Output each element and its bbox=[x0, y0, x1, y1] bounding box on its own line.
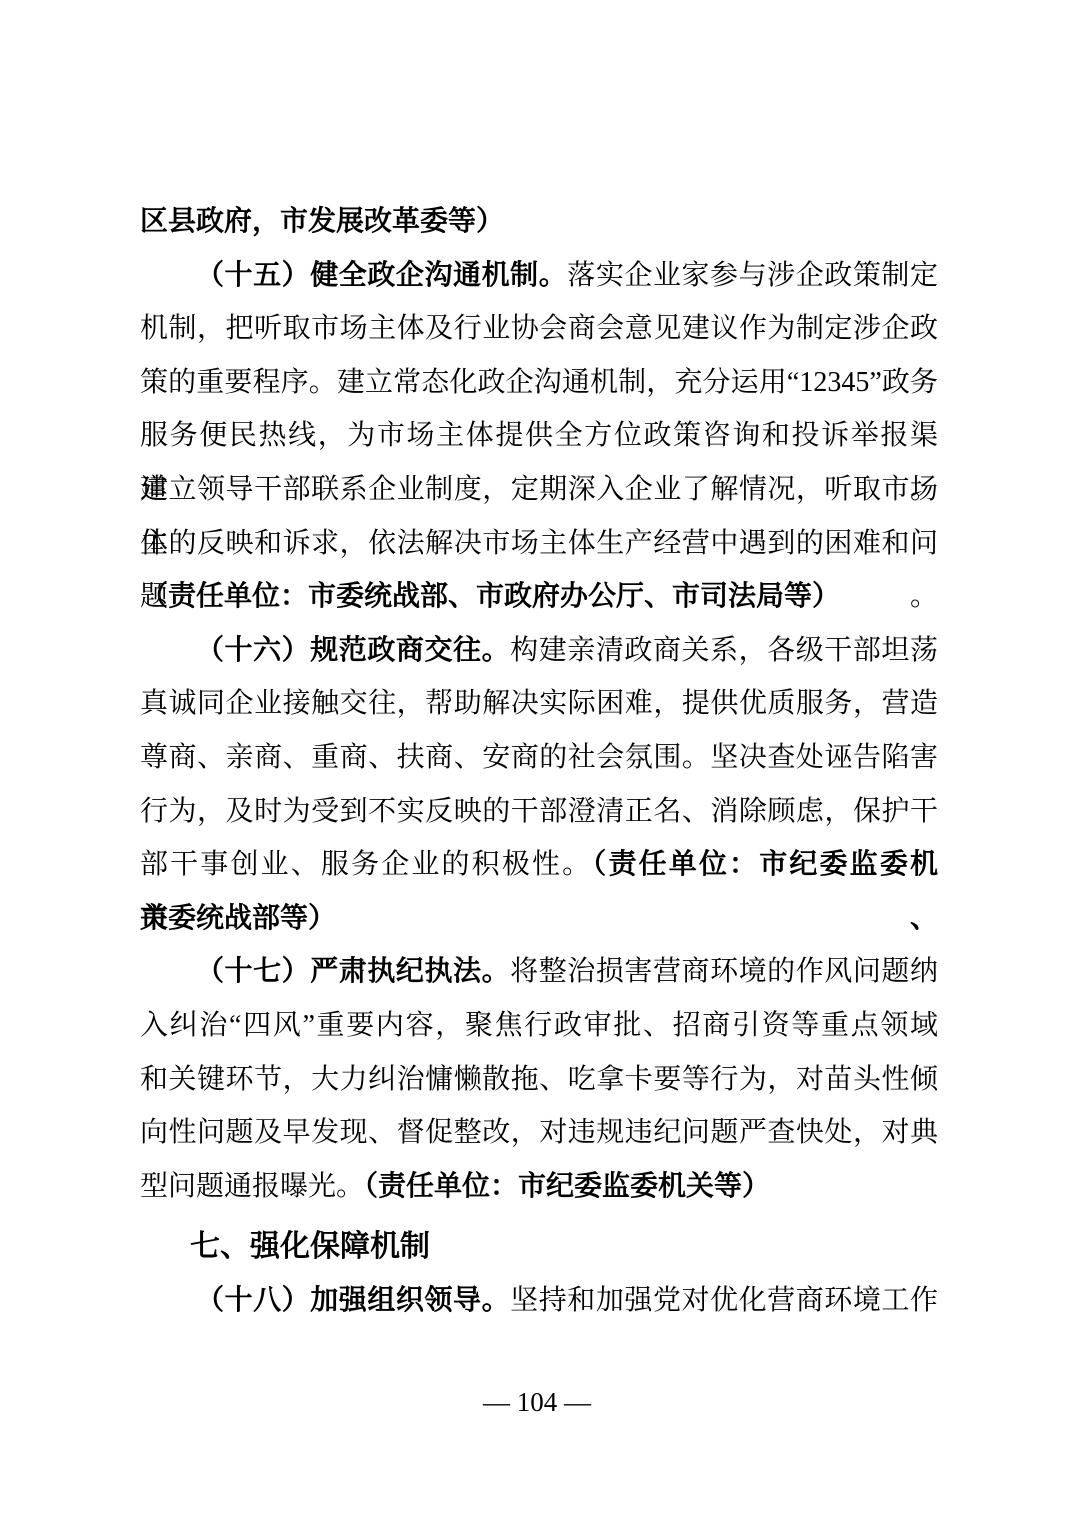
text-run: （责任单位：市委统战部、市政府办公厅、市司法局等） bbox=[140, 581, 840, 612]
document-line: 型问题通报曝光。（责任单位：市纪委监委机关等） bbox=[140, 1160, 938, 1214]
text-run: （责任单位：市纪委监委机关等） bbox=[364, 1171, 770, 1202]
text-run: 和关键环节，大力纠治慵懒散拖、吃拿卡要等行为，对苗头性倾 bbox=[140, 1064, 938, 1095]
text-run: 部干事创业、服务企业的积极性。 bbox=[140, 849, 592, 880]
document-line: 向性问题及早发现、督促整改，对违规违纪问题严查快处，对典 bbox=[140, 1106, 938, 1160]
document-line: 入纠治“四风”重要内容，聚焦行政审批、招商引资等重点领域 bbox=[140, 999, 938, 1053]
document-line: 尊商、亲商、重商、扶商、安商的社会氛围。坚决查处诬告陷害 bbox=[140, 731, 938, 785]
text-run: 坚持和加强党对优化营商环境工作 bbox=[510, 1285, 938, 1316]
text-run: 策的重要程序。建立常态化政企沟通机制，充分运用“ bbox=[140, 367, 799, 398]
document-line: （十七）严肃执纪执法。将整治损害营商环境的作风问题纳 bbox=[140, 945, 938, 999]
section-heading: 七、强化保障机制 bbox=[140, 1220, 938, 1274]
text-run: 构建亲清政商关系，各级干部坦荡 bbox=[510, 635, 938, 666]
text-run: （十五）健全政企沟通机制。 bbox=[196, 260, 567, 291]
document-line: 部干事创业、服务企业的积极性。（责任单位：市纪委监委机关、 bbox=[140, 838, 938, 892]
document-line: （责任单位：市委统战部、市政府办公厅、市司法局等） bbox=[140, 570, 938, 624]
document-line: 机制，把听取市场主体及行业协会商会意见建议作为制定涉企政 bbox=[140, 302, 938, 356]
text-run: 七、强化保障机制 bbox=[190, 1230, 430, 1263]
text-run: 尊商、亲商、重商、扶商、安商的社会氛围。坚决查处诬告陷害 bbox=[140, 742, 938, 773]
text-run: 市委统战部等） bbox=[140, 903, 336, 934]
document-line: 真诚同企业接触交往，帮助解决实际困难，提供优质服务，营造 bbox=[140, 677, 938, 731]
document-line: 行为，及时为受到不实反映的干部澄清正名、消除顾虑，保护干 bbox=[140, 785, 938, 839]
document-line: 体的反映和诉求，依法解决市场主体生产经营中遇到的困难和问题。 bbox=[140, 517, 938, 571]
document-line: 策的重要程序。建立常态化政企沟通机制，充分运用“12345”政务 bbox=[140, 356, 938, 410]
text-run: （十八）加强组织领导。 bbox=[196, 1285, 510, 1316]
document-line: 建立领导干部联系企业制度，定期深入企业了解情况，听取市场主 bbox=[140, 463, 938, 517]
document-line: （十五）健全政企沟通机制。落实企业家参与涉企政策制定 bbox=[140, 249, 938, 303]
document-line: 和关键环节，大力纠治慵懒散拖、吃拿卡要等行为，对苗头性倾 bbox=[140, 1053, 938, 1107]
document-line: （十六）规范政商交往。构建亲清政商关系，各级干部坦荡 bbox=[140, 624, 938, 678]
text-run: 型问题通报曝光。 bbox=[140, 1171, 364, 1202]
text-run: 真诚同企业接触交往，帮助解决实际困难，提供优质服务，营造 bbox=[140, 688, 938, 719]
page-number: — 104 — bbox=[0, 1386, 1074, 1418]
text-run: （十六）规范政商交往。 bbox=[196, 635, 510, 666]
text-run: ”政务 bbox=[869, 367, 938, 398]
text-run: 将整治损害营商环境的作风问题纳 bbox=[510, 956, 938, 987]
text-run: 行为，及时为受到不实反映的干部澄清正名、消除顾虑，保护干 bbox=[140, 796, 938, 827]
text-run: 12345 bbox=[799, 367, 869, 398]
document-line: 区县政府，市发展改革委等） bbox=[140, 195, 938, 249]
text-run: （十七）严肃执纪执法。 bbox=[196, 956, 510, 987]
text-run: 区县政府，市发展改革委等） bbox=[140, 206, 504, 237]
document-line: 服务便民热线，为市场主体提供全方位政策咨询和投诉举报渠道。 bbox=[140, 409, 938, 463]
text-run: 落实企业家参与涉企政策制定 bbox=[567, 260, 938, 291]
document-line: （十八）加强组织领导。坚持和加强党对优化营商环境工作 bbox=[140, 1274, 938, 1328]
document-page: 区县政府，市发展改革委等）（十五）健全政企沟通机制。落实企业家参与涉企政策制定机… bbox=[0, 0, 1074, 1520]
text-block: 区县政府，市发展改革委等）（十五）健全政企沟通机制。落实企业家参与涉企政策制定机… bbox=[140, 195, 938, 1327]
text-run: 机制，把听取市场主体及行业协会商会意见建议作为制定涉企政 bbox=[140, 313, 938, 344]
text-run: 向性问题及早发现、督促整改，对违规违纪问题严查快处，对典 bbox=[140, 1117, 938, 1148]
text-run: 入纠治“四风”重要内容，聚焦行政审批、招商引资等重点领域 bbox=[140, 1010, 938, 1041]
